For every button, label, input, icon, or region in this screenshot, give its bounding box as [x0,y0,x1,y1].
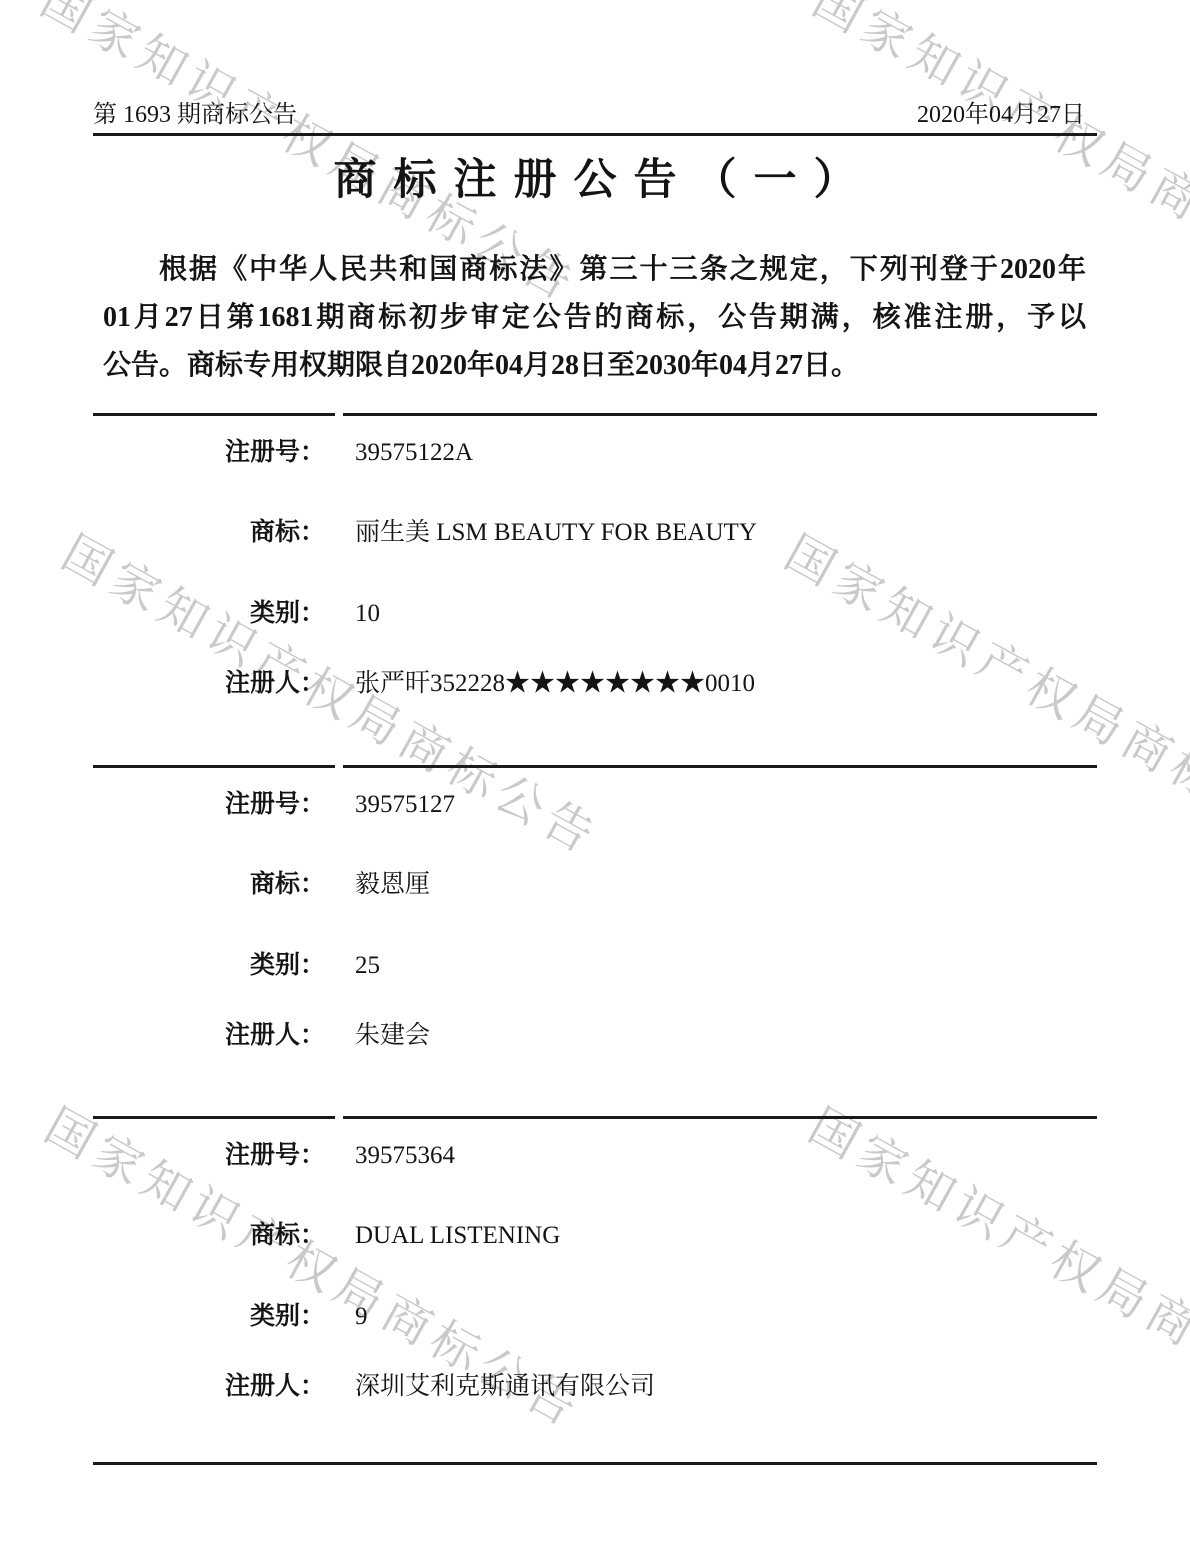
trademark-entry: 注册号： 39575127 商标： 毅恩厘 类别： 25 注册人： 朱建会 [93,765,1097,1116]
reg-no-row: 注册号： 39575364 [93,1141,455,1171]
trademark-entry: 注册号： 39575122A 商标： 丽生美 LSM BEAUTY FOR BE… [93,413,1097,764]
reg-no-row: 注册号： 39575127 [93,790,455,820]
reg-no-value: 39575122A [355,438,473,468]
class-row: 类别： 10 [93,599,380,629]
registrant-label: 注册人： [93,1372,325,1402]
registrant-value: 朱建会 [355,1021,430,1051]
registrant-row: 注册人： 朱建会 [93,1021,430,1051]
issue-label: 第 1693 期商标公告 [93,94,297,129]
class-label: 类别： [93,951,325,981]
trademark-row: 商标： DUAL LISTENING [93,1221,560,1251]
page-bottom-divider [93,1462,1097,1465]
registrant-value: 深圳艾利克斯通讯有限公司 [355,1372,655,1402]
registrant-row: 注册人： 张严旰352228★★★★★★★★0010 [93,669,755,699]
class-label: 类别： [93,599,325,629]
issue-date: 2020年04月27日 [917,94,1085,129]
trademark-row: 商标： 毅恩厘 [93,870,430,900]
registrant-row: 注册人： 深圳艾利克斯通讯有限公司 [93,1372,655,1402]
reg-no-label: 注册号： [93,438,325,468]
trademark-value: 丽生美 LSM BEAUTY FOR BEAUTY [355,518,757,548]
trademark-label: 商标： [93,870,325,900]
class-value: 25 [355,951,380,981]
intro-line-1: 根据《中华人民共和国商标法》第三十三条之规定，下列刊登于2020年 [103,246,1086,294]
entry-divider [93,765,1097,768]
page-title: 商标注册公告（一） [0,146,1190,207]
reg-no-label: 注册号： [93,1141,325,1171]
class-value: 10 [355,599,380,629]
registrant-value: 张严旰352228★★★★★★★★0010 [355,669,755,699]
page-header: 第 1693 期商标公告 2020年04月27日 [93,94,1085,129]
entry-divider [93,1116,1097,1119]
class-row: 类别： 9 [93,1302,368,1332]
intro-line-3: 公告。商标专用权期限自2020年04月28日至2030年04月27日。 [103,342,1086,390]
trademark-entry: 注册号： 39575364 商标： DUAL LISTENING 类别： 9 注… [93,1116,1097,1467]
registrant-label: 注册人： [93,669,325,699]
reg-no-label: 注册号： [93,790,325,820]
reg-no-value: 39575364 [355,1141,455,1171]
registrant-label: 注册人： [93,1021,325,1051]
gazette-page: 国家知识产权局商标公告 国家知识产权局商标公告 国家知识产权局商标公告 国家知识… [0,0,1190,1564]
entry-divider [93,413,1097,416]
reg-no-value: 39575127 [355,790,455,820]
trademark-value: DUAL LISTENING [355,1221,560,1251]
intro-paragraph: 根据《中华人民共和国商标法》第三十三条之规定，下列刊登于2020年 01月27日… [103,246,1086,390]
trademark-label: 商标： [93,1221,325,1251]
class-row: 类别： 25 [93,951,380,981]
trademark-label: 商标： [93,518,325,548]
trademark-value: 毅恩厘 [355,870,430,900]
reg-no-row: 注册号： 39575122A [93,438,473,468]
class-value: 9 [355,1302,368,1332]
intro-line-2: 01月27日第1681期商标初步审定公告的商标，公告期满，核准注册，予以 [103,294,1086,342]
trademark-row: 商标： 丽生美 LSM BEAUTY FOR BEAUTY [93,518,757,548]
header-divider [93,133,1097,136]
class-label: 类别： [93,1302,325,1332]
